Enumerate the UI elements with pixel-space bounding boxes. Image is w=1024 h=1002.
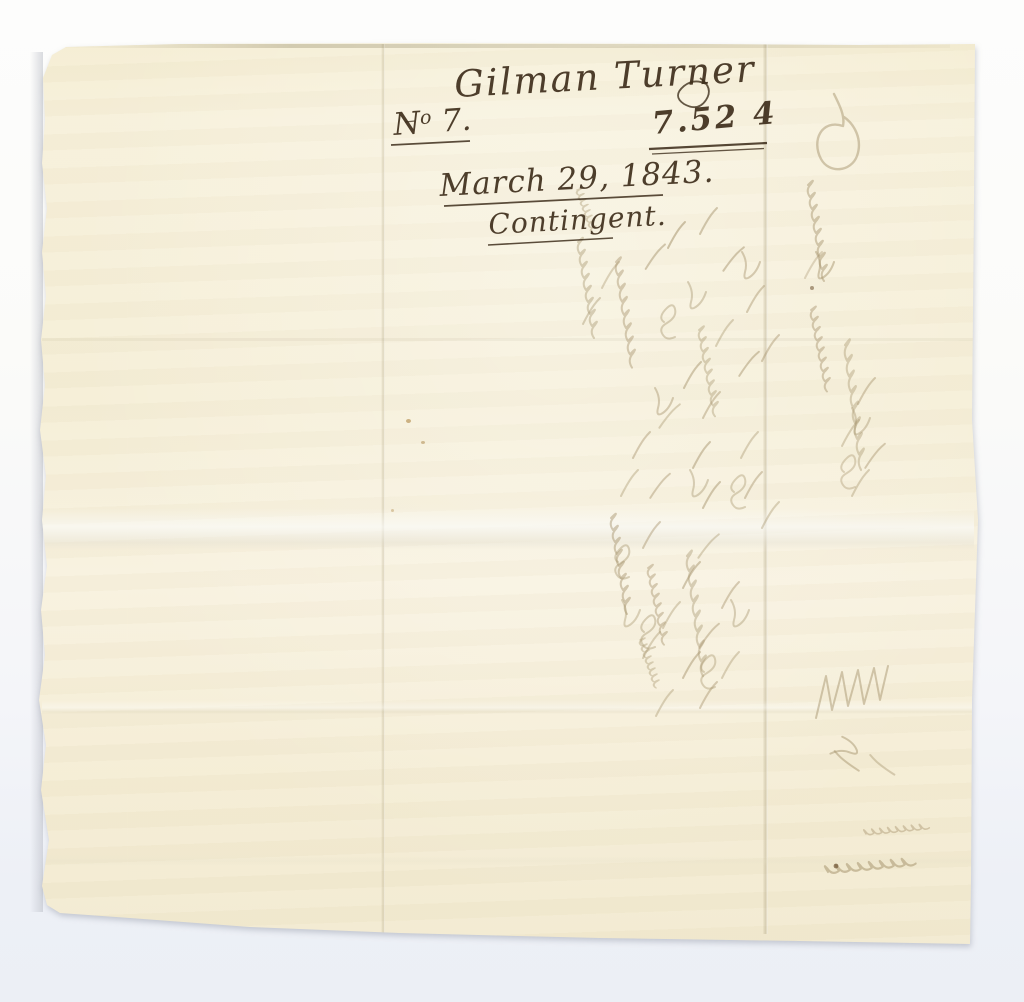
foxing-spot bbox=[421, 441, 425, 444]
crease-faint-upper bbox=[42, 338, 974, 341]
fold-line-vertical-right bbox=[763, 44, 768, 934]
fold-line-vertical-left bbox=[381, 44, 385, 934]
crease-faint-lower bbox=[42, 700, 974, 714]
paper-top-edge bbox=[70, 44, 950, 48]
foxing-spot bbox=[406, 419, 411, 423]
fold-crease-horizontal bbox=[42, 508, 974, 550]
scanned-document: Gilman Turner No 7. 7.52 4 March 29, 184… bbox=[0, 0, 1024, 1002]
crease-faint-bottom bbox=[42, 856, 974, 866]
document-paper bbox=[0, 0, 1024, 1002]
foxing-spot bbox=[391, 509, 394, 512]
